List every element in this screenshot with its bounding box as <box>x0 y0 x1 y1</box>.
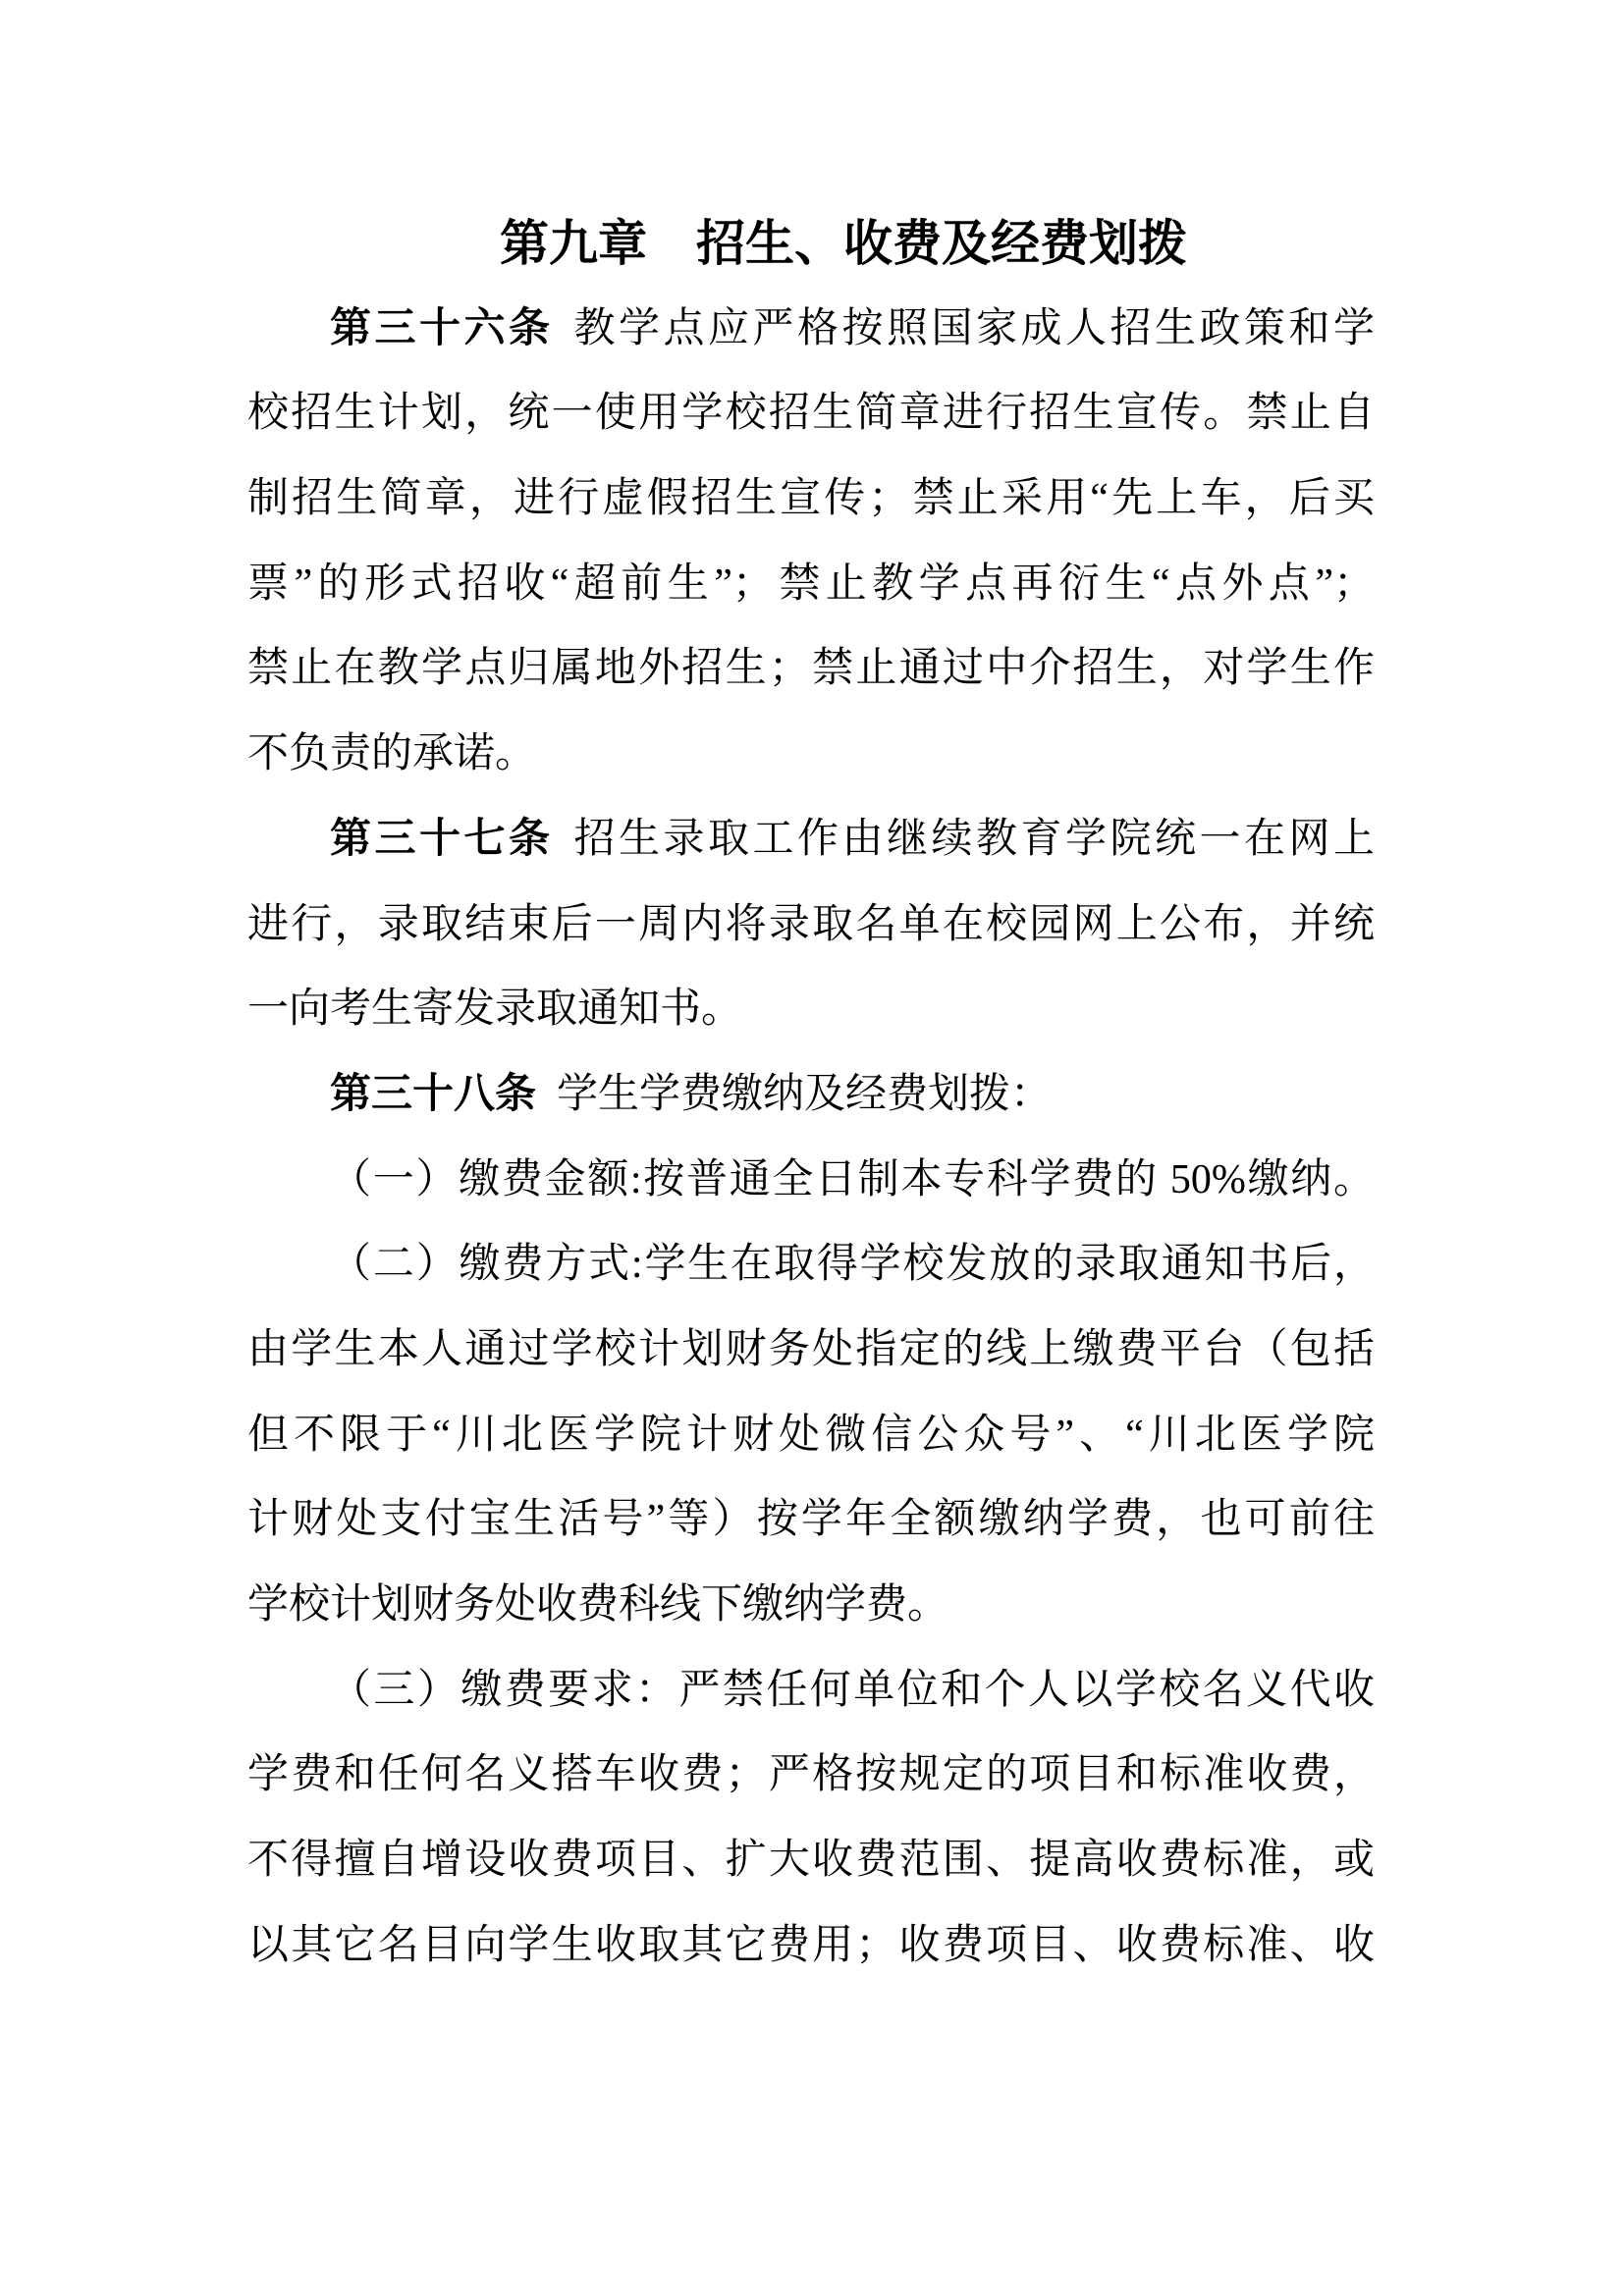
body-line: 学费和任何名义搭车收费；严格按规定的项目和标准收费， <box>247 1733 1375 1818</box>
body-line: 以其它名目向学生收取其它费用；收费项目、收费标准、收 <box>247 1903 1375 1989</box>
article-number: 第三十八条 <box>330 1072 536 1117</box>
body-line: 第三十八条学生学费缴纳及经费划拨： <box>247 1052 1375 1138</box>
body-line: 一向考生寄发录取通知书。 <box>247 967 1375 1052</box>
body-line: 学校计划财务处收费科线下缴纳学费。 <box>247 1563 1375 1648</box>
body-line: （一）缴费金额:按普通全日制本专科学费的 50%缴纳。 <box>247 1138 1375 1223</box>
body-line: （三）缴费要求：严禁任何单位和个人以学校名义代收 <box>247 1648 1375 1734</box>
body-line: 校招生计划，统一使用学校招生简章进行招生宣传。禁止自 <box>247 371 1375 456</box>
body-line: 禁止在教学点归属地外招生；禁止通过中介招生，对学生作 <box>247 626 1375 712</box>
body-line: 但不限于“川北医学院计财处微信公众号”、“川北医学院 <box>247 1393 1375 1478</box>
line-text: 招生录取工作由继续教育学院统一在网上 <box>574 817 1375 862</box>
body-line: 不得擅自增设收费项目、扩大收费范围、提高收费标准，或 <box>247 1818 1375 1903</box>
body-line: 制招生简章，进行虚假招生宣传；禁止采用“先上车，后买 <box>247 456 1375 542</box>
body-line: 票”的形式招收“超前生”；禁止教学点再衍生“点外点”； <box>247 542 1375 627</box>
body-line: 第三十七条招生录取工作由继续教育学院统一在网上 <box>247 797 1375 882</box>
line-text: 学生学费缴纳及经费划拨： <box>557 1072 1052 1117</box>
body-line: 计财处支付宝生活号”等）按学年全额缴纳学费，也可前往 <box>247 1477 1375 1563</box>
line-text: 教学点应严格按照国家成人招生政策和学 <box>574 306 1375 351</box>
document-page: 第九章 招生、收费及经费划拨 第三十六条教学点应严格按照国家成人招生政策和学 校… <box>0 0 1624 2296</box>
body-line: 不负责的承诺。 <box>247 712 1375 797</box>
body-line: （二）缴费方式:学生在取得学校发放的录取通知书后， <box>247 1222 1375 1308</box>
body-line: 第三十六条教学点应严格按照国家成人招生政策和学 <box>247 287 1375 372</box>
body-line: 进行，录取结束后一周内将录取名单在校园网上公布，并统 <box>247 882 1375 968</box>
body-line: 由学生本人通过学校计划财务处指定的线上缴费平台（包括 <box>247 1308 1375 1393</box>
article-number: 第三十七条 <box>330 817 554 862</box>
text-block: 第九章 招生、收费及经费划拨 第三十六条教学点应严格按照国家成人招生政策和学 校… <box>247 201 1375 1988</box>
article-number: 第三十六条 <box>330 306 554 351</box>
chapter-heading: 第九章 招生、收费及经费划拨 <box>247 201 1375 287</box>
